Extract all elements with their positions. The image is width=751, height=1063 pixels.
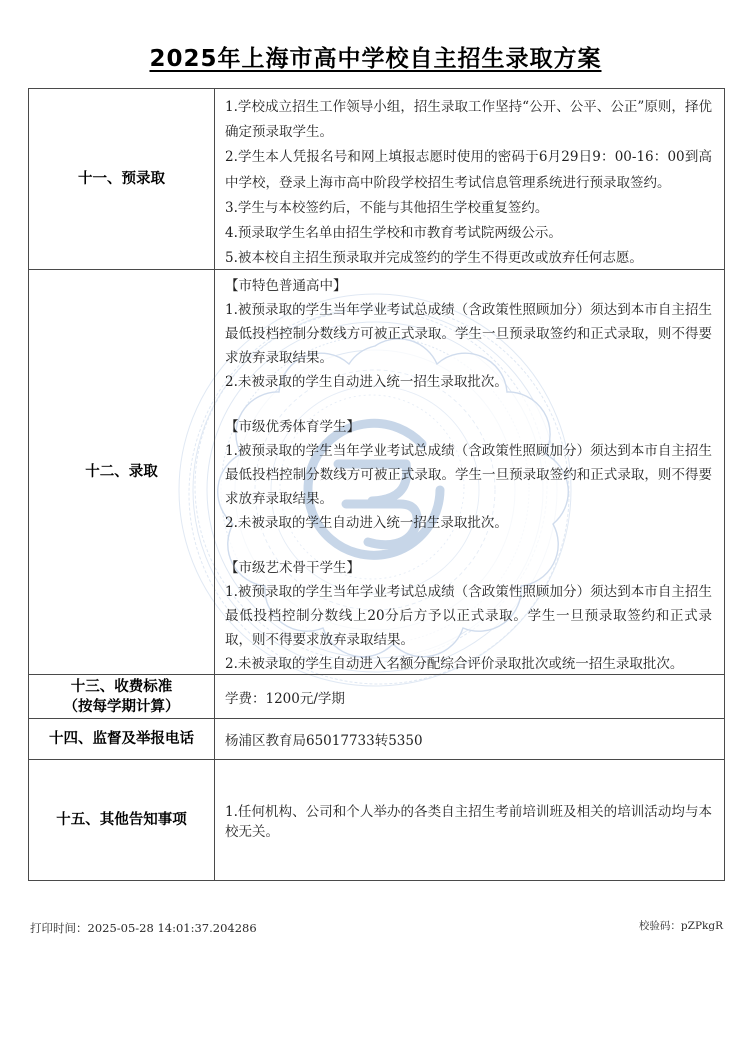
group-header: 【市级优秀体育学生】 [225, 415, 712, 439]
admission-plan-table: 十一、预录取 1.学校成立招生工作领导小组，招生录取工作坚持“公开、公平、公正”… [28, 88, 725, 881]
check-code-label: 校验码： [639, 920, 681, 932]
table-row-admission: 十二、录取 【市特色普通高中】 1.被预录取的学生当年学业考试总成绩（含政策性照… [29, 270, 724, 675]
page-footer: 打印时间：2025-05-28 14:01:37.204286 校验码：pZPk… [0, 916, 751, 940]
check-code-value: pZPkgR [681, 920, 723, 932]
row-label-pre-admission: 十一、预录取 [29, 89, 215, 269]
row-content-other-notices: 1.任何机构、公司和个人举办的各类自主招生考前培训班及相关的培训活动均与本校无关… [215, 760, 724, 880]
group-header: 【市特色普通高中】 [225, 274, 712, 298]
print-time-value: 2025-05-28 14:01:37.204286 [88, 921, 257, 935]
row-label-admission: 十二、录取 [29, 270, 215, 674]
table-row-supervision-phone: 十四、监督及举报电话 杨浦区教育局65017733转5350 [29, 719, 724, 760]
row-label-text: 十三、收费标准 [71, 677, 173, 697]
paragraph: 4.预录取学生名单由招生学校和市教育考试院两级公示。 [225, 221, 712, 246]
table-row-fees: 十三、收费标准 （按每学期计算） 学费：1200元/学期 [29, 675, 724, 719]
paragraph: 2.未被录取的学生自动进入名额分配综合评价录取批次或统一招生录取批次。 [225, 652, 712, 676]
paragraph: 学费：1200元/学期 [225, 687, 712, 707]
row-content-fees: 学费：1200元/学期 [215, 675, 724, 718]
paragraph: 1.被预录取的学生当年学业考试总成绩（含政策性照顾加分）须达到本市自主招生最低投… [225, 439, 712, 511]
paragraph: 1.任何机构、公司和个人举办的各类自主招生考前培训班及相关的培训活动均与本校无关… [225, 800, 712, 840]
paragraph: 杨浦区教育局65017733转5350 [225, 729, 712, 749]
document-page: { "page": { "title": "2025年上海市高中学校自主招生录取… [0, 0, 751, 1063]
row-label-fees: 十三、收费标准 （按每学期计算） [29, 675, 215, 718]
row-label-text: 十四、监督及举报电话 [49, 729, 194, 749]
row-label-text-line2: （按每学期计算） [64, 697, 180, 717]
paragraph: 3.学生与本校签约后，不能与其他招生学校重复签约。 [225, 196, 712, 221]
group-featured-high-school: 【市特色普通高中】 1.被预录取的学生当年学业考试总成绩（含政策性照顾加分）须达… [225, 274, 712, 394]
paragraph: 2.学生本人凭报名号和网上填报志愿时使用的密码于6月29日9：00-16：00到… [225, 145, 712, 195]
table-row-pre-admission: 十一、预录取 1.学校成立招生工作领导小组，招生录取工作坚持“公开、公平、公正”… [29, 89, 724, 270]
table-row-other-notices: 十五、其他告知事项 1.任何机构、公司和个人举办的各类自主招生考前培训班及相关的… [29, 760, 724, 880]
row-content-pre-admission: 1.学校成立招生工作领导小组，招生录取工作坚持“公开、公平、公正”原则，择优确定… [215, 89, 724, 269]
row-label-text: 十一、预录取 [78, 169, 165, 189]
row-label-supervision-phone: 十四、监督及举报电话 [29, 719, 215, 759]
group-arts-students: 【市级艺术骨干学生】 1.被预录取的学生当年学业考试总成绩（含政策性照顾加分）须… [225, 556, 712, 676]
paragraph: 2.未被录取的学生自动进入统一招生录取批次。 [225, 370, 712, 394]
print-time: 打印时间：2025-05-28 14:01:37.204286 [30, 920, 257, 936]
page-title: 2025年上海市高中学校自主招生录取方案 [0, 40, 751, 73]
paragraph: 1.被预录取的学生当年学业考试总成绩（含政策性照顾加分）须达到本市自主招生最低投… [225, 580, 712, 652]
print-time-label: 打印时间： [30, 921, 88, 935]
row-label-text: 十二、录取 [85, 462, 158, 482]
paragraph: 1.被预录取的学生当年学业考试总成绩（含政策性照顾加分）须达到本市自主招生最低投… [225, 298, 712, 370]
group-sports-students: 【市级优秀体育学生】 1.被预录取的学生当年学业考试总成绩（含政策性照顾加分）须… [225, 415, 712, 535]
check-code: 校验码：pZPkgR [639, 918, 723, 933]
row-label-text: 十五、其他告知事项 [56, 810, 187, 830]
row-content-admission: 【市特色普通高中】 1.被预录取的学生当年学业考试总成绩（含政策性照顾加分）须达… [215, 270, 724, 674]
row-content-supervision-phone: 杨浦区教育局65017733转5350 [215, 719, 724, 759]
row-label-other-notices: 十五、其他告知事项 [29, 760, 215, 880]
paragraph: 1.学校成立招生工作领导小组，招生录取工作坚持“公开、公平、公正”原则，择优确定… [225, 95, 712, 145]
paragraph: 2.未被录取的学生自动进入统一招生录取批次。 [225, 511, 712, 535]
group-header: 【市级艺术骨干学生】 [225, 556, 712, 580]
paragraph: 5.被本校自主招生预录取并完成签约的学生不得更改或放弃任何志愿。 [225, 246, 712, 271]
